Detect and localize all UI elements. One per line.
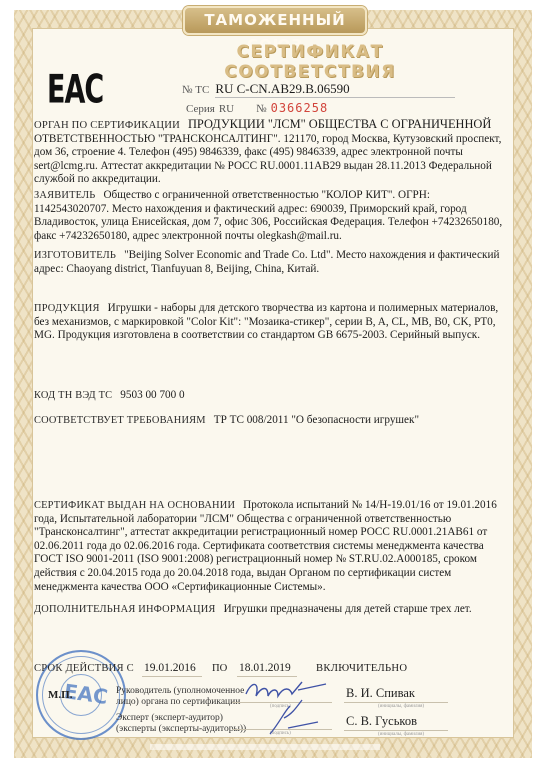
eac-logo-icon: ЕАС [47, 62, 87, 119]
section-manufacturer: ИЗГОТОВИТЕЛЬ"Beijing Solver Economic and… [34, 249, 504, 276]
section-hs-code: КОД ТН ВЭД ТС9503 00 700 0 [34, 389, 504, 403]
serial-number-label: № [256, 103, 267, 115]
section-heading: СЕРТИФИКАТ ВЫДАН НА ОСНОВАНИИ [34, 500, 235, 511]
head-label: Руководитель (уполномоченное лицо) орган… [116, 686, 244, 708]
signature-scribble-icon [240, 672, 330, 742]
head-label-line1: Руководитель (уполномоченное [116, 686, 244, 697]
validity-from-date: 19.01.2016 [144, 662, 196, 674]
head-name: В. И. Спивак [346, 686, 415, 701]
series-value: RU [219, 103, 234, 115]
section-basis: СЕРТИФИКАТ ВЫДАН НА ОСНОВАНИИПротокола и… [34, 499, 504, 594]
customs-union-badge: ТАМОЖЕННЫЙ СОЮЗ [183, 6, 367, 35]
section-text: ОТВЕТСТВЕННОСТЬЮ "ТРАНСКОНСАЛТИНГ". 1211… [34, 133, 501, 186]
tc-number-value: RU C-CN.AB29.B.06590 [215, 81, 455, 98]
section-additional-info: ДОПОЛНИТЕЛЬНАЯ ИНФОРМАЦИЯИгрушки предназ… [34, 603, 504, 617]
date-underline [142, 676, 202, 677]
section-certification-body: ОРГАН ПО СЕРТИФИКАЦИИПРОДУКЦИИ "ЛСМ" ОБЩ… [34, 118, 504, 187]
section-heading: ИЗГОТОВИТЕЛЬ [34, 250, 116, 261]
validity-heading: СРОК ДЕЙСТВИЯ С [34, 663, 134, 674]
expert-label-line2: (эксперты (эксперты-аудиторы)) [116, 724, 246, 735]
section-product: ПРОДУКЦИЯИгрушки - наборы для детского т… [34, 302, 504, 343]
head-label-line2: лицо) органа по сертификации [116, 697, 244, 708]
section-text: Протокола испытаний № 14/Н-19.01/16 от 1… [34, 499, 497, 593]
section-text: Игрушки - наборы для детского творчества… [34, 302, 498, 341]
expert-label-line1: Эксперт (эксперт-аудитор) [116, 713, 246, 724]
footer-microtext [150, 744, 380, 750]
name-line [344, 702, 448, 703]
stamp-place-label: М.П. [48, 689, 72, 701]
section-heading: ОРГАН ПО СЕРТИФИКАЦИИ [34, 120, 180, 131]
section-applicant: ЗАЯВИТЕЛЬОбщество с ограниченной ответст… [34, 189, 504, 243]
section-text: 9503 00 700 0 [120, 389, 184, 401]
section-heading: КОД ТН ВЭД ТС [34, 390, 112, 401]
section-text: ТР ТС 008/2011 "О безопасности игрушек" [214, 414, 419, 426]
certificate-title: СЕРТИФИКАТ СООТВЕТСТВИЯ [150, 42, 470, 82]
section-heading: ЗАЯВИТЕЛЬ [34, 190, 95, 201]
section-text: Игрушки предназначены для детей старше т… [224, 603, 472, 615]
name-caption: (инициалы, фамилия) [378, 704, 424, 709]
name-line [344, 730, 448, 731]
name-caption: (инициалы, фамилия) [378, 732, 424, 737]
section-heading: ПРОДУКЦИЯ [34, 303, 100, 314]
validity-to-label: ПО [212, 663, 227, 674]
section-conforms: СООТВЕТСТВУЕТ ТРЕБОВАНИЯМТР ТС 008/2011 … [34, 414, 504, 428]
expert-name: С. В. Гуськов [346, 714, 417, 729]
series-label: Серия [186, 103, 215, 115]
serial-number-value: 0366258 [271, 101, 329, 115]
tc-number-row: № ТСRU C-CN.AB29.B.06590 [182, 81, 455, 98]
section-heading: СООТВЕТСТВУЕТ ТРЕБОВАНИЯМ [34, 415, 206, 426]
expert-label: Эксперт (эксперт-аудитор) (эксперты (экс… [116, 713, 246, 735]
section-first-line: ПРОДУКЦИИ "ЛСМ" ОБЩЕСТВА С ОГРАНИЧЕННОЙ [188, 117, 491, 131]
section-text: Общество с ограниченной ответственностью… [34, 189, 502, 242]
section-heading: ДОПОЛНИТЕЛЬНАЯ ИНФОРМАЦИЯ [34, 604, 216, 615]
tc-number-label: № ТС [182, 84, 209, 96]
series-row: СерияRU№0366258 [186, 101, 328, 115]
